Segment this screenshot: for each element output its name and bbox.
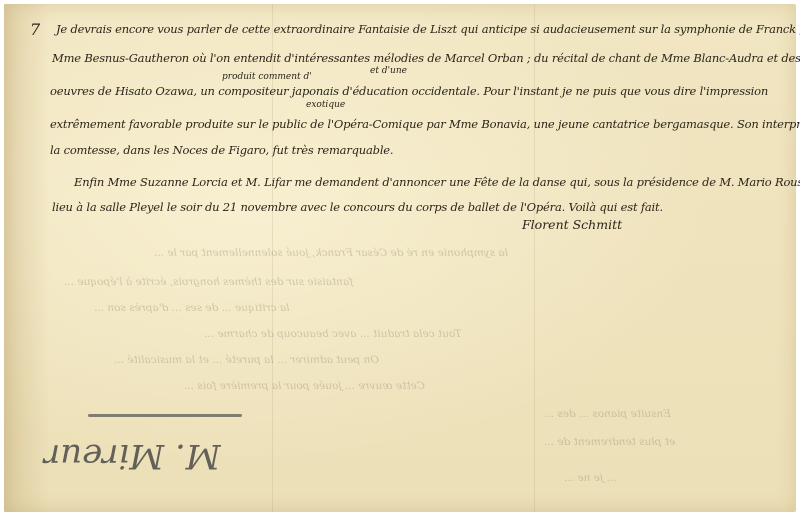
insertion-et-dune: et d'une bbox=[370, 66, 407, 76]
page-number: 7 bbox=[30, 20, 40, 39]
bleed-line: Cette œuvre ... jouée pour la première f… bbox=[184, 380, 425, 392]
pencil-annotation: M. Mireur bbox=[44, 436, 221, 476]
bleed-line: ... je ne ... bbox=[564, 472, 617, 484]
letter-line-2: Mme Besnus-Gautheron où l'on entendit d'… bbox=[52, 51, 800, 65]
signature-florent-schmitt: Florent Schmitt bbox=[522, 217, 622, 232]
letter-line-3: oeuvres de Hisato Ozawa, un compositeur … bbox=[50, 84, 768, 98]
bleed-line: Tout cela traduit ... avec beaucoup de c… bbox=[204, 328, 461, 340]
bleed-line: la symphonie en ré de César Franck, joué… bbox=[154, 247, 508, 259]
letter-sheet: 7 Je devrais encore vous parler de cette… bbox=[4, 4, 796, 512]
letter-line-4: extrêmement favorable produite sur le pu… bbox=[50, 117, 800, 131]
bleed-line: On peut admirer ... la pureté ... et la … bbox=[114, 354, 379, 366]
insertion-exotique: exotique bbox=[306, 100, 345, 110]
bleed-line: Ensuite pianos ... des ... bbox=[544, 408, 671, 420]
letter-line-7: lieu à la salle Pleyel le soir du 21 nov… bbox=[52, 200, 663, 214]
letter-line-1: Je devrais encore vous parler de cette e… bbox=[56, 22, 800, 36]
insertion-produit: produit comment d' bbox=[222, 72, 312, 82]
bleed-line: la critique ... de ses ... d'après son .… bbox=[94, 302, 290, 314]
letter-line-5: la comtesse, dans les Noces de Figaro, f… bbox=[50, 143, 393, 157]
pencil-stroke bbox=[88, 414, 242, 417]
bleed-line: fantaisie sur des thèmes hongrois, écrit… bbox=[64, 276, 353, 288]
fold-crease bbox=[534, 4, 535, 512]
letter-line-6: Enfin Mme Suzanne Lorcia et M. Lifar me … bbox=[74, 175, 800, 189]
bleed-line: et plus tendrement de ... bbox=[544, 436, 675, 448]
